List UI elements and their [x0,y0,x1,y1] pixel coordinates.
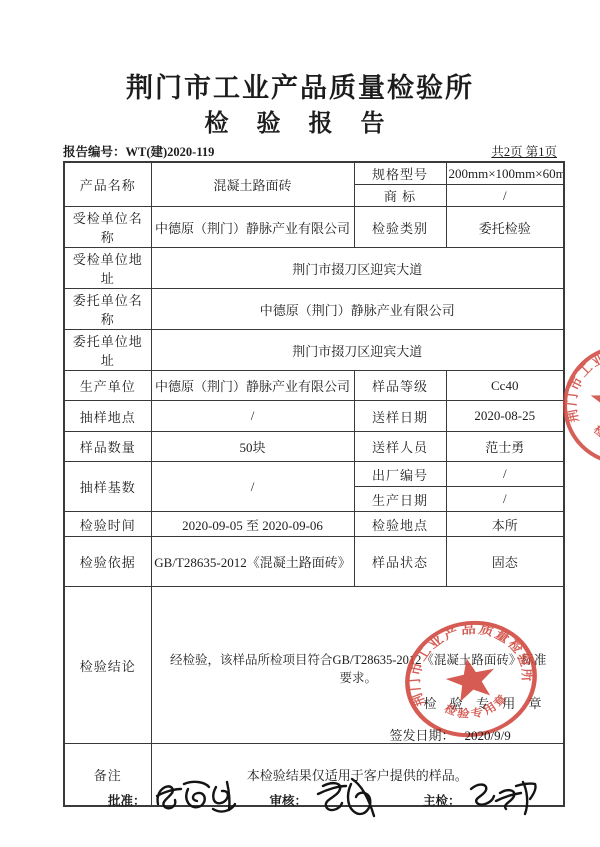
report-meta-row: 报告编号：WT(建)2020-119 共2页 第1页 [63,140,563,160]
report-number-value: WT(建)2020-119 [126,145,215,159]
production-date-value: / [446,487,564,512]
insp-basis-label: 检验依据 [64,537,151,587]
edge-stamp-ring-text: 荆门市工业产品质量检验所 [564,346,600,424]
insp-time-label: 检验时间 [64,512,151,537]
report-table: 产品名称 混凝土路面砖 规格型号 200mm×100mm×60mm 商 标 / … [63,161,565,807]
sampling-base-label: 抽样基数 [64,462,151,512]
reviewer-signature-group: 审核： [270,776,378,824]
client-name-value: 中德原（荆门）静脉产业有限公司 [151,289,564,330]
review-label: 审核： [270,791,308,809]
trademark-value: / [446,185,564,207]
table-row: 检验依据 GB/T28635-2012《混凝土路面砖》 样品状态 固态 [64,537,564,587]
factory-no-value: / [446,462,564,487]
deliverer-label: 送样人员 [354,432,446,462]
producer-value: 中德原（荆门）静脉产业有限公司 [151,371,354,401]
trademark-label: 商 标 [354,185,446,207]
chief-signature-group: 主检： [423,778,541,822]
sampling-place-value: / [151,401,354,432]
inspected-addr-label: 受检单位地址 [64,248,151,289]
reviewer-signature [311,776,377,824]
table-row: 受检单位地址 荆门市掇刀区迎宾大道 [64,248,564,289]
issue-date-line: 签发日期：2020/9/9 [390,725,511,744]
factory-no-label: 出厂编号 [354,462,446,487]
quantity-label: 样品数量 [64,432,151,462]
table-row: 抽样地点 / 送样日期 2020-08-25 [64,401,564,432]
deliverer-value: 范士勇 [446,432,564,462]
inspection-report-page: 荆门市工业产品质量检验所 检 验 报 告 报告编号：WT(建)2020-119 … [0,0,600,847]
inspected-name-value: 中德原（荆门）静脉产业有限公司 [151,207,354,248]
client-name-label: 委托单位名称 [64,289,151,330]
insp-place-value: 本所 [446,512,564,537]
category-value: 委托检验 [446,207,564,248]
inspected-addr-value: 荆门市掇刀区迎宾大道 [151,248,564,289]
sampling-base-value: / [151,462,354,512]
svg-text:荆门市工业产品质量检验所: 荆门市工业产品质量检验所 [564,346,600,424]
inspection-stamp-icon: 荆门市工业产品质量检验所 检验专用章 [389,605,551,744]
table-row: 抽样基数 / 出厂编号 / [64,462,564,487]
edge-stamp-caption-text: 检验专用章 [591,422,600,447]
production-date-label: 生产日期 [354,487,446,512]
report-title: 检 验 报 告 [0,103,600,138]
chief-label: 主检： [423,791,461,809]
svg-text:检验专用章: 检验专用章 [591,422,600,447]
delivery-date-label: 送样日期 [354,401,446,432]
insp-basis-value: GB/T28635-2012《混凝土路面砖》 [151,537,354,587]
table-row: 检验结论 经检验，该样品所检项目符合GB/T28635-2012《混凝土路面砖》… [64,587,564,744]
table-row: 受检单位名称 中德原（荆门）静脉产业有限公司 检验类别 委托检验 [64,207,564,248]
table-row: 检验时间 2020-09-05 至 2020-09-06 检验地点 本所 [64,512,564,537]
table-row: 样品数量 50块 送样人员 范士勇 [64,432,564,462]
conclusion-label: 检验结论 [64,587,151,744]
conclusion-cell: 经检验，该样品所检项目符合GB/T28635-2012《混凝土路面砖》标准要求。… [151,587,564,744]
sample-state-label: 样品状态 [354,537,446,587]
producer-label: 生产单位 [64,371,151,401]
org-title: 荆门市工业产品质量检验所 [0,66,600,105]
report-number: 报告编号：WT(建)2020-119 [63,142,214,160]
client-addr-label: 委托单位地址 [64,330,151,371]
delivery-date-value: 2020-08-25 [446,401,564,432]
edge-stamp-icon: 荆门市工业产品质量检验所 检验专用章 [558,340,600,470]
table-row: 委托单位地址 荆门市掇刀区迎宾大道 [64,330,564,371]
approve-label: 批准： [108,791,146,809]
insp-place-label: 检验地点 [354,512,446,537]
seal-overprint-text: 检 验 专 用 章 [424,693,547,712]
client-addr-value: 荆门市掇刀区迎宾大道 [151,330,564,371]
table-row: 生产单位 中德原（荆门）静脉产业有限公司 样品等级 Cc40 [64,371,564,401]
chief-signature [465,778,541,822]
report-number-label: 报告编号： [63,145,126,159]
table-row: 委托单位名称 中德原（荆门）静脉产业有限公司 [64,289,564,330]
approver-signature-group: 批准： [108,778,238,822]
issue-date-value: 2020/9/9 [465,728,511,743]
signature-row: 批准： 审核： [63,770,563,830]
category-label: 检验类别 [354,207,446,248]
inspected-name-label: 受检单位名称 [64,207,151,248]
sampling-place-label: 抽样地点 [64,401,151,432]
product-name-label: 产品名称 [64,162,151,207]
sample-grade-label: 样品等级 [354,371,446,401]
sample-grade-value: Cc40 [446,371,564,401]
approver-signature [150,778,238,822]
spec-model-label: 规格型号 [354,162,446,185]
product-name-value: 混凝土路面砖 [151,162,354,207]
pagination: 共2页 第1页 [491,142,557,160]
spec-model-value: 200mm×100mm×60mm [446,162,564,185]
issue-date-label: 签发日期： [390,728,455,743]
sample-state-value: 固态 [446,537,564,587]
quantity-value: 50块 [151,432,354,462]
table-row: 产品名称 混凝土路面砖 规格型号 200mm×100mm×60mm [64,162,564,185]
insp-time-value: 2020-09-05 至 2020-09-06 [151,512,354,537]
